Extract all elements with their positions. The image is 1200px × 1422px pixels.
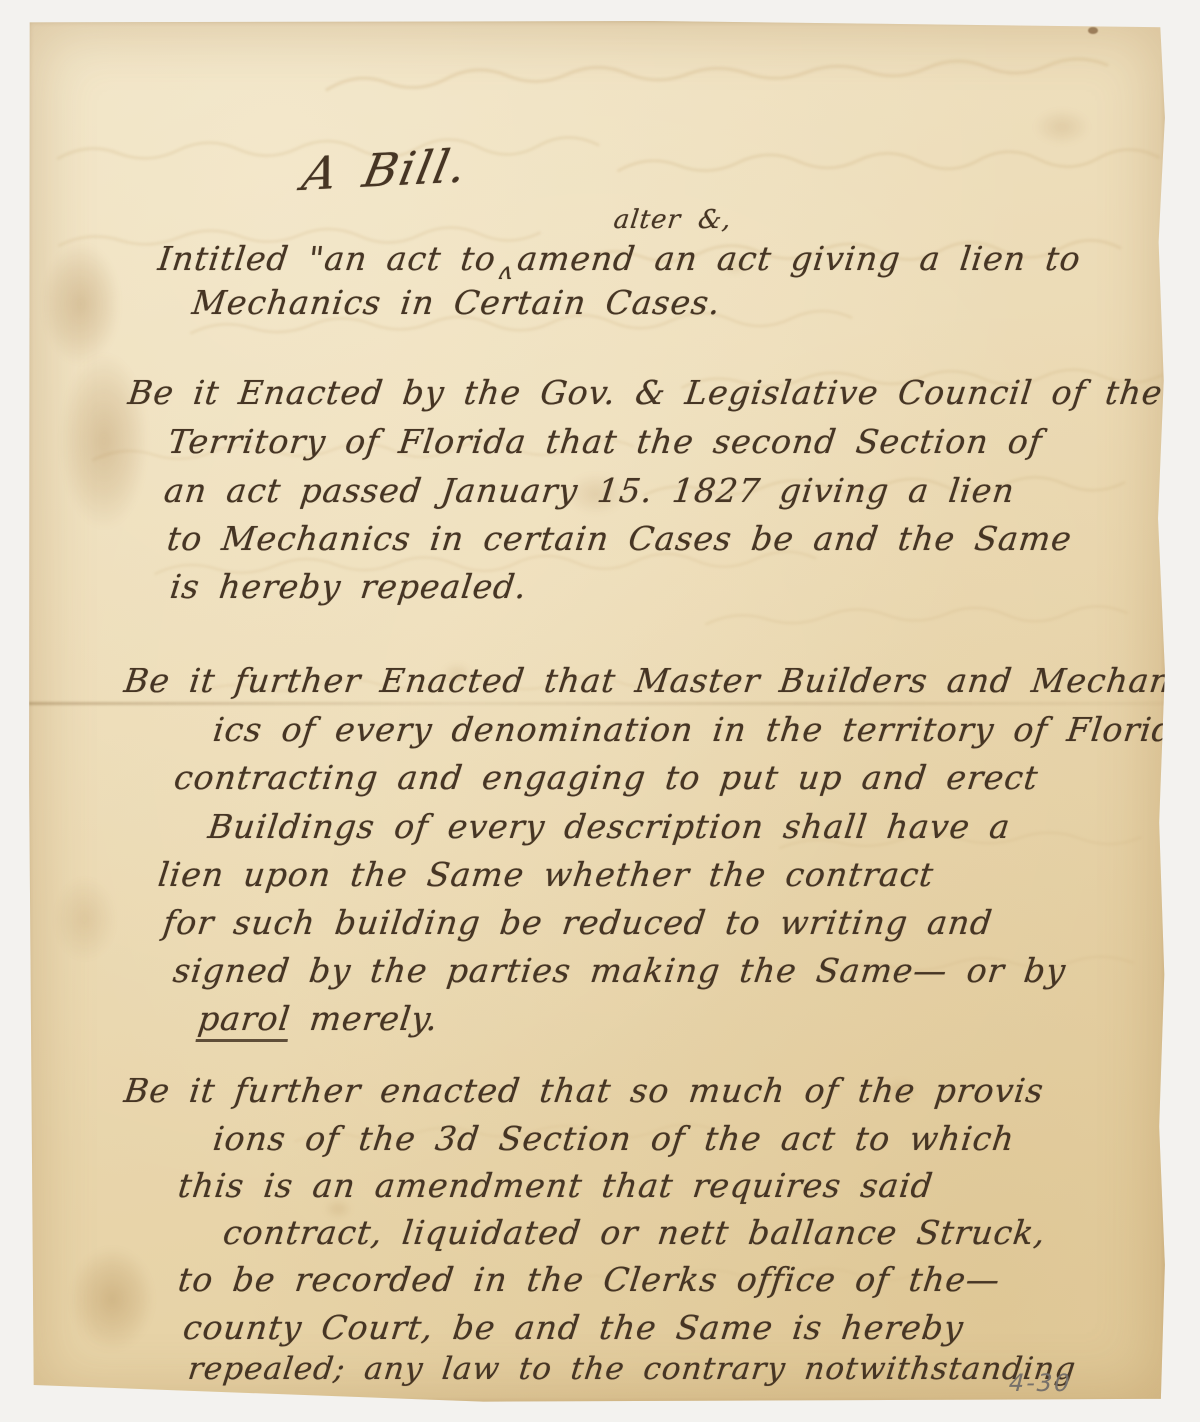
underlined-word-parol: parol bbox=[196, 999, 293, 1042]
insertion-caret-mark: ʌ bbox=[497, 257, 514, 285]
entitling-line-2: Mechanics in Certain Cases. bbox=[190, 283, 723, 322]
stain bbox=[70, 1247, 154, 1351]
stain bbox=[54, 877, 116, 961]
manuscript-line: Territory of Florida that the second Sec… bbox=[166, 422, 1045, 461]
interlineation-insertion: alter &, bbox=[612, 205, 733, 235]
manuscript-line: Buildings of every description shall hav… bbox=[206, 807, 1013, 846]
manuscript-line: contract, liquidated or nett ballance St… bbox=[221, 1213, 1048, 1252]
entitle-text-after-caret: amend an act giving a lien to bbox=[515, 239, 1083, 278]
stain bbox=[1034, 109, 1090, 145]
manuscript-paper: A Bill. alter &, Intitled "an act toʌame… bbox=[28, 21, 1166, 1403]
ink-speck bbox=[1088, 27, 1098, 34]
stain bbox=[42, 243, 120, 365]
manuscript-line: ics of every denomination in the territo… bbox=[211, 710, 1197, 749]
document-title: A Bill. bbox=[298, 139, 473, 201]
manuscript-line: an act passed January 15. 1827 giving a … bbox=[162, 471, 1017, 510]
manuscript-line: contracting and engaging to put up and e… bbox=[172, 758, 1041, 797]
manuscript-line: lien upon the Same whether the contract bbox=[156, 855, 936, 894]
manuscript-line: ions of the 3d Section of the act to whi… bbox=[211, 1119, 1017, 1158]
fold-crease bbox=[28, 702, 1166, 705]
manuscript-line: Be it further Enacted that Master Builde… bbox=[122, 661, 1174, 700]
manuscript-line: to Mechanics in certain Cases be and the… bbox=[165, 519, 1074, 558]
manuscript-line: county Court, be and the Same is hereby bbox=[181, 1308, 966, 1347]
manuscript-line: repealed; any law to the contrary notwit… bbox=[186, 1351, 1078, 1387]
entitling-line-1: Intitled "an act toʌamend an act giving … bbox=[156, 239, 1083, 278]
manuscript-line: signed by the parties making the Same— o… bbox=[171, 951, 1068, 990]
manuscript-line-with-underline: parol merely. bbox=[196, 999, 441, 1038]
manuscript-line: is hereby repealed. bbox=[168, 567, 529, 606]
manuscript-line: this is an amendment that requires said bbox=[176, 1166, 936, 1205]
entitle-text-before-caret: Intitled "an act to bbox=[156, 239, 498, 278]
manuscript-line: to be recorded in the Clerks office of t… bbox=[176, 1260, 1003, 1299]
manuscript-line: Be it further enacted that so much of th… bbox=[122, 1071, 1046, 1110]
line-rest: merely. bbox=[288, 999, 441, 1038]
document-scan: A Bill. alter &, Intitled "an act toʌame… bbox=[0, 0, 1200, 1422]
manuscript-line: Be it Enacted by the Gov. & Legislative … bbox=[126, 373, 1165, 412]
archival-pencil-annotation: 4-30 bbox=[1008, 1369, 1072, 1397]
manuscript-line: for such building be reduced to writing … bbox=[161, 903, 995, 942]
